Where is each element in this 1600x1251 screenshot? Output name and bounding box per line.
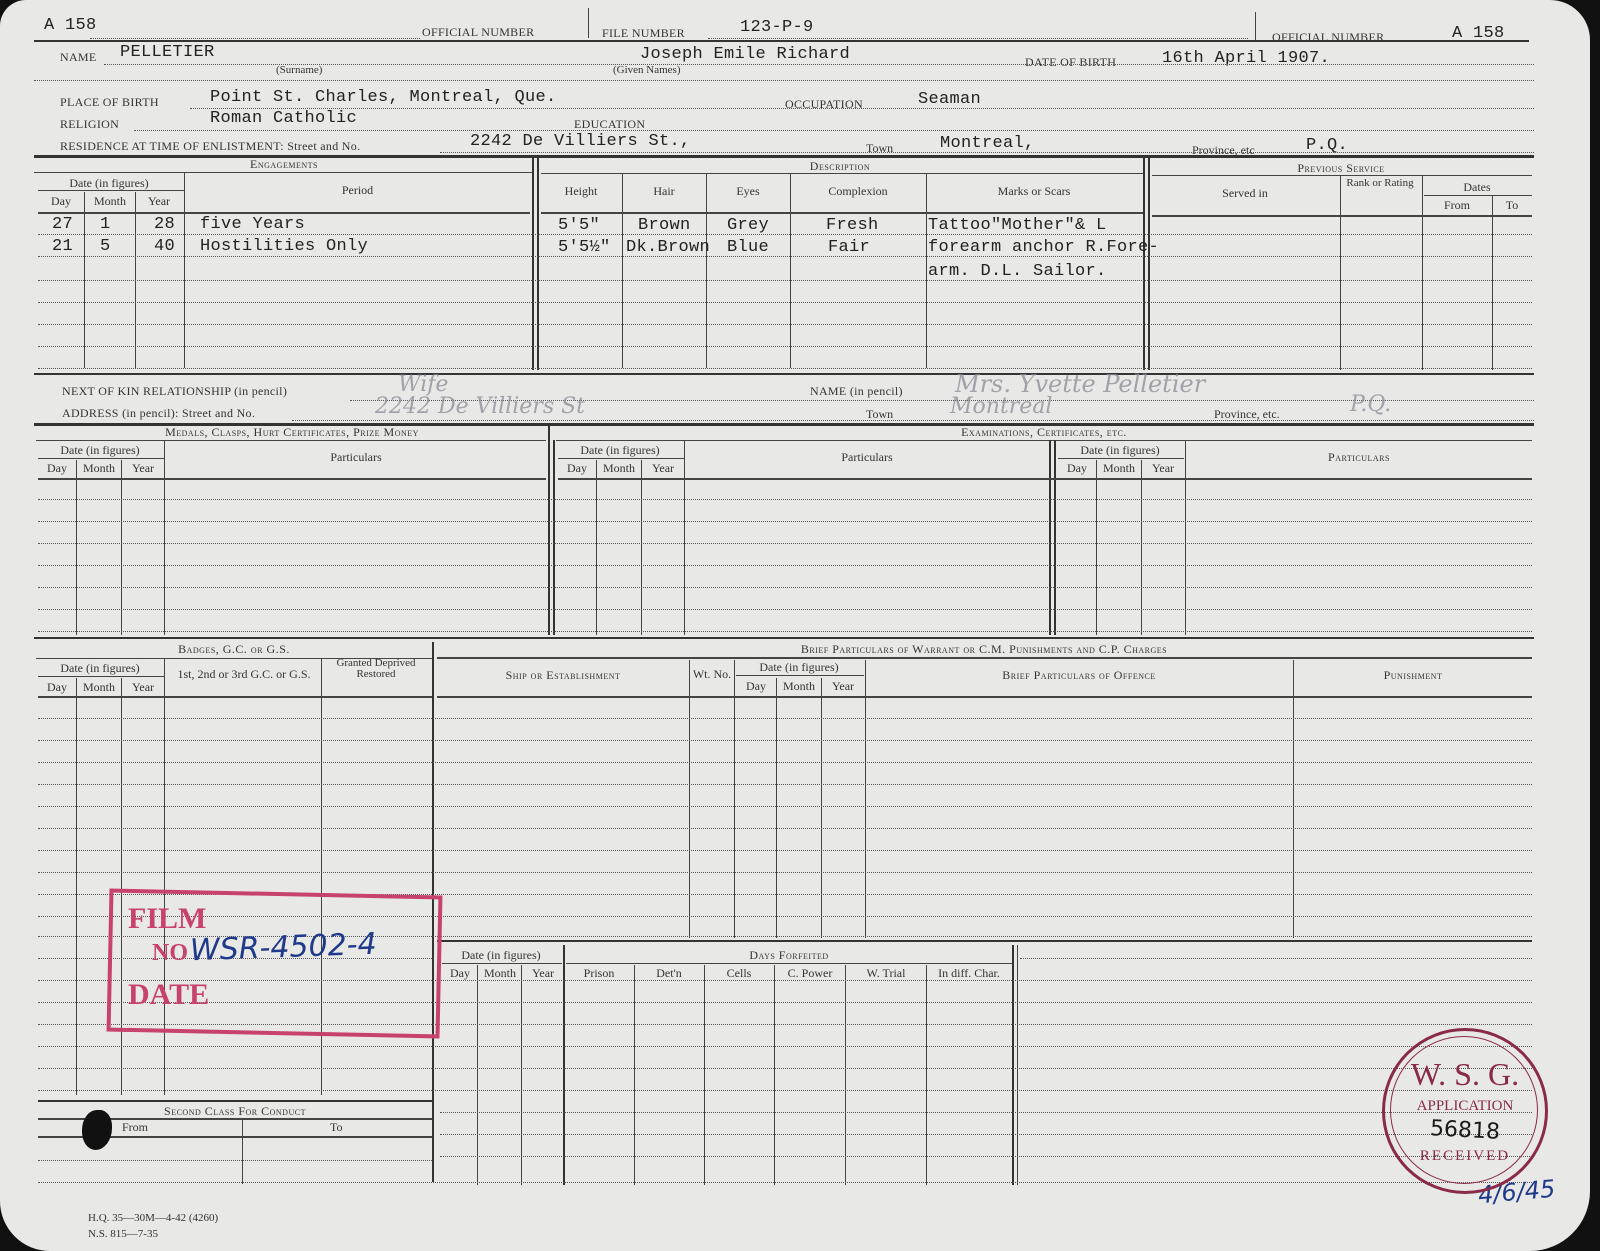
engagement-year: 28 <box>154 215 175 234</box>
complexion-value: Fair <box>828 238 870 257</box>
divider <box>104 64 1534 65</box>
col-ship: Ship or Establishment <box>437 668 689 683</box>
divider <box>541 212 1143 214</box>
town: Montreal, <box>940 134 1035 153</box>
divider <box>38 828 1532 829</box>
divider <box>704 965 705 1185</box>
col-year: Year <box>136 194 182 209</box>
divider <box>1152 175 1532 176</box>
badges-date-header: Date (in figures) <box>36 661 164 676</box>
col-day: Day <box>1058 461 1096 476</box>
dob-label: DATE OF BIRTH <box>1025 55 1116 70</box>
divider <box>865 660 866 938</box>
official-number-right-label: OFFICIAL NUMBER <box>1272 30 1384 45</box>
divider <box>1017 945 1018 1185</box>
divider <box>38 1090 1532 1091</box>
divider <box>38 499 1532 500</box>
col-from: From <box>1422 198 1492 213</box>
col-month: Month <box>777 679 821 694</box>
col-height: Height <box>541 184 621 199</box>
col-month: Month <box>77 680 121 695</box>
nok-town: Montreal <box>950 394 1052 419</box>
divider <box>1054 440 1056 635</box>
wsg-received: RECEIVED <box>1382 1148 1548 1165</box>
medals-title: Medals, Clasps, Hurt Certificates, Prize… <box>36 425 548 440</box>
col-particulars-2: Particulars <box>1186 450 1532 465</box>
divider <box>926 173 927 368</box>
hair-value: Brown <box>638 216 691 235</box>
divider <box>38 478 546 480</box>
nok-name-label: NAME (in pencil) <box>810 384 903 399</box>
divider <box>821 678 822 938</box>
engagement-day: 27 <box>52 215 73 234</box>
divider <box>776 678 777 938</box>
divider <box>38 256 1532 257</box>
divider <box>558 478 1532 480</box>
description-title: Description <box>540 159 1140 174</box>
col-detn: Det'n <box>634 966 704 981</box>
divider <box>774 965 775 1185</box>
date-of-birth: 16th April 1907. <box>1162 49 1330 68</box>
divider <box>38 543 1532 544</box>
divider <box>36 440 546 441</box>
divider <box>242 1118 243 1184</box>
divider <box>440 1112 1532 1113</box>
divider <box>566 963 1012 964</box>
divider <box>521 965 522 1185</box>
divider <box>477 965 478 1185</box>
divider <box>38 190 184 191</box>
divider <box>38 324 1532 325</box>
col-day: Day <box>38 194 84 209</box>
occupation: Seaman <box>918 90 981 109</box>
col-period: Period <box>185 183 530 198</box>
col-served-in: Served in <box>1152 186 1338 201</box>
divider <box>1340 175 1341 370</box>
divider <box>1143 157 1145 370</box>
divider <box>563 945 565 1185</box>
col-granted: Granted Deprived Restored <box>330 658 422 680</box>
divider <box>1152 215 1532 217</box>
surname-caption: (Surname) <box>276 64 322 76</box>
col-offence: Brief Particulars of Offence <box>866 668 1292 683</box>
divider <box>1422 175 1423 370</box>
form-code-1: H.Q. 35—30M—4-42 (4260) <box>88 1212 218 1224</box>
divider <box>38 1046 1532 1047</box>
town-label: Town <box>866 141 893 156</box>
col-hair: Hair <box>622 184 706 199</box>
divider <box>38 1160 432 1161</box>
col-month: Month <box>597 461 641 476</box>
engagement-day: 21 <box>52 237 73 256</box>
eyes-value: Grey <box>727 216 769 235</box>
divider <box>38 872 1532 873</box>
col-year: Year <box>122 461 164 476</box>
divider <box>38 631 1532 632</box>
divider <box>734 660 735 938</box>
divider <box>442 963 562 964</box>
col-wt-no: Wt. No. <box>690 668 734 680</box>
given-names: Joseph Emile Richard <box>640 45 850 64</box>
no-label: NO <box>152 940 188 967</box>
divider <box>1424 195 1532 196</box>
divider <box>134 130 1534 131</box>
divider <box>790 173 791 368</box>
nok-address-label: ADDRESS (in pencil): Street and No. <box>62 406 255 421</box>
divider <box>437 657 1532 659</box>
col-month: Month <box>85 194 135 209</box>
divider <box>1148 157 1150 370</box>
name-label: NAME <box>60 50 97 65</box>
col-gc-gs: 1st, 2nd or 3rd G.C. or G.S. <box>170 668 318 680</box>
punishment-date-header: Date (in figures) <box>734 660 864 675</box>
wsg-application: APPLICATION <box>1382 1098 1548 1115</box>
divider <box>38 521 1532 522</box>
exam-date-header-2: Date (in figures) <box>1056 443 1184 458</box>
file-number: 123-P-9 <box>740 18 814 37</box>
col-eyes: Eyes <box>706 184 790 199</box>
col-to: To <box>1492 198 1532 213</box>
divider <box>926 965 927 1185</box>
divider <box>38 676 164 677</box>
to-label: To <box>330 1120 343 1135</box>
engagements-date-header: Date (in figures) <box>34 176 184 191</box>
file-number-label: FILE NUMBER <box>602 26 685 41</box>
divider <box>1012 945 1014 1185</box>
hair-value: Dk.Brown <box>626 238 710 257</box>
divider <box>845 965 846 1185</box>
divider <box>38 234 1532 235</box>
divider <box>1255 12 1256 42</box>
marks-value: arm. D.L. Sailor. <box>928 262 1107 281</box>
divider <box>541 173 1143 174</box>
wsg-title: W. S. G. <box>1382 1056 1548 1093</box>
col-month: Month <box>1097 461 1141 476</box>
occupation-label: OCCUPATION <box>785 97 863 112</box>
official-number-label: OFFICIAL NUMBER <box>422 25 534 40</box>
divider <box>38 850 1532 851</box>
medals-date-header: Date (in figures) <box>36 443 164 458</box>
divider <box>437 696 1532 698</box>
divider <box>38 740 1532 741</box>
divider <box>532 157 534 370</box>
engagements-title: Engagements <box>34 157 534 172</box>
col-day: Day <box>38 680 76 695</box>
col-year: Year <box>122 680 164 695</box>
divider <box>588 8 589 38</box>
film-number: WSR-4502-4 <box>189 927 377 968</box>
col-cells: Cells <box>704 966 774 981</box>
residence-label: RESIDENCE AT TIME OF ENLISTMENT: Street … <box>60 139 360 154</box>
engagement-period: Hostilities Only <box>200 237 368 256</box>
divider <box>440 1134 1532 1135</box>
divider <box>90 38 420 39</box>
divider <box>38 1068 1532 1069</box>
divider <box>537 157 539 370</box>
divider <box>38 718 1532 719</box>
previous-service-title: Previous Service <box>1150 161 1532 176</box>
divider <box>558 458 684 459</box>
divider <box>38 1182 1532 1183</box>
col-year: Year <box>1142 461 1184 476</box>
divider <box>440 152 1534 153</box>
divider <box>190 108 1534 109</box>
engagement-period: five Years <box>200 215 305 234</box>
divider <box>38 587 1532 588</box>
place-of-birth-label: PLACE OF BIRTH <box>60 95 159 110</box>
nok-address: 2242 De Villiers St <box>375 394 585 419</box>
religion: Roman Catholic <box>210 109 357 128</box>
divider <box>706 173 707 368</box>
col-dates: Dates <box>1422 180 1532 195</box>
divider <box>1049 440 1051 635</box>
col-day: Day <box>38 461 76 476</box>
divider <box>38 458 164 459</box>
divider <box>634 965 635 1185</box>
divider <box>34 172 532 173</box>
section-rule <box>437 940 1532 942</box>
col-c-power: C. Power <box>774 966 846 981</box>
given-names-caption: (Given Names) <box>613 64 681 76</box>
divider <box>38 346 1532 347</box>
divider <box>736 675 864 676</box>
section-rule <box>38 1100 432 1102</box>
height-value: 5'5½" <box>558 238 611 257</box>
residence-street: 2242 De Villiers St., <box>470 132 691 151</box>
divider <box>1058 458 1184 459</box>
col-w-trial: W. Trial <box>846 966 926 981</box>
col-month: Month <box>77 461 121 476</box>
engagement-month: 1 <box>100 215 111 234</box>
divider <box>38 806 1532 807</box>
col-day: Day <box>442 966 478 981</box>
surname: PELLETIER <box>120 43 215 62</box>
nok-relationship-label: NEXT OF KIN RELATIONSHIP (in pencil) <box>62 384 287 399</box>
divider <box>38 762 1532 763</box>
engagement-month: 5 <box>100 237 111 256</box>
divider <box>708 38 1248 39</box>
marks-value: Tattoo"Mother"& L <box>928 216 1107 235</box>
divider <box>38 609 1532 610</box>
punishments-title: Brief Particulars of Warrant or C.M. Pun… <box>436 642 1532 657</box>
from-label: From <box>122 1120 148 1135</box>
col-day: Day <box>736 679 776 694</box>
col-in-diff-char: In diff. Char. <box>926 966 1012 981</box>
col-year: Year <box>522 966 564 981</box>
service-record-card: A 158 OFFICIAL NUMBER FILE NUMBER 123-P-… <box>0 0 1590 1251</box>
divider <box>1185 440 1186 635</box>
col-complexion: Complexion <box>790 184 926 199</box>
height-value: 5'5" <box>558 216 600 235</box>
marks-value: forearm anchor R.Fore- <box>928 238 1159 257</box>
exam-date-header: Date (in figures) <box>556 443 684 458</box>
divider <box>1293 660 1294 938</box>
film-label: FILM <box>128 902 206 936</box>
section-rule <box>34 373 1534 375</box>
date-label: DATE <box>128 978 209 1012</box>
badges-title: Badges, G.C. or G.S. <box>36 642 432 657</box>
col-prison: Prison <box>564 966 634 981</box>
punched-hole <box>82 1110 112 1150</box>
divider <box>184 172 185 368</box>
eyes-value: Blue <box>727 238 769 257</box>
divider <box>548 425 550 635</box>
forfeited-date-header: Date (in figures) <box>440 948 562 963</box>
divider <box>622 173 623 368</box>
form-code-2: N.S. 815—7-35 <box>88 1228 158 1240</box>
complexion-value: Fresh <box>826 216 879 235</box>
divider <box>689 660 690 938</box>
divider <box>38 280 1532 281</box>
place-of-birth: Point St. Charles, Montreal, Que. <box>210 88 557 107</box>
divider <box>1020 958 1532 959</box>
nok-province: P.Q. <box>1350 392 1391 417</box>
divider <box>38 368 1532 369</box>
col-marks: Marks or Scars <box>926 184 1142 199</box>
divider <box>556 440 1532 441</box>
col-particulars: Particulars <box>166 450 546 465</box>
col-particulars: Particulars <box>686 450 1048 465</box>
engagement-year: 40 <box>154 237 175 256</box>
examinations-title: Examinations, Certificates, etc. <box>556 425 1532 440</box>
col-day: Day <box>558 461 596 476</box>
divider <box>38 784 1532 785</box>
days-forfeited-title: Days Forfeited <box>566 948 1012 963</box>
col-year: Year <box>822 679 864 694</box>
divider <box>38 212 530 214</box>
header-rule <box>34 40 1529 42</box>
divider <box>684 440 685 635</box>
divider <box>553 440 555 635</box>
divider <box>292 420 1534 421</box>
official-number-left: A 158 <box>44 16 97 35</box>
divider <box>440 1156 1532 1157</box>
divider <box>38 696 432 698</box>
religion-label: RELIGION <box>60 117 119 132</box>
section-rule <box>34 637 1534 639</box>
col-year: Year <box>642 461 684 476</box>
divider <box>38 565 1532 566</box>
col-rank-rating: Rank or Rating <box>1340 178 1420 189</box>
col-punishment: Punishment <box>1294 668 1532 683</box>
col-month: Month <box>478 966 522 981</box>
divider <box>1492 195 1493 370</box>
divider <box>38 302 1532 303</box>
divider <box>164 440 165 635</box>
divider <box>34 80 1534 81</box>
